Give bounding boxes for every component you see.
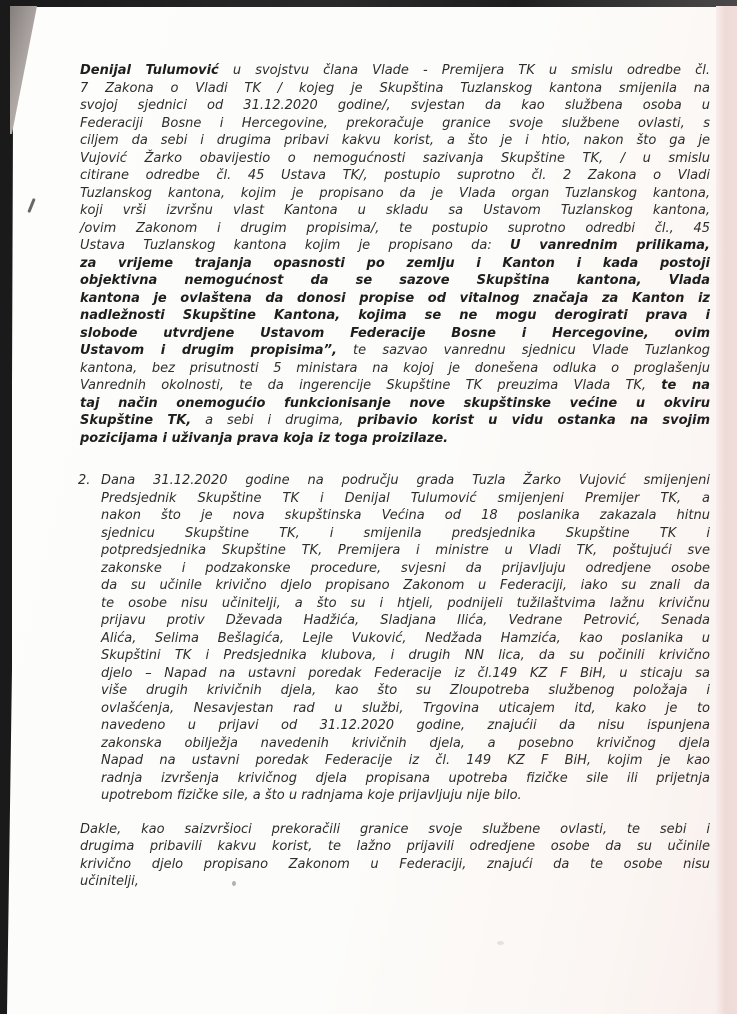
text-line: upotrebom fizičke sile, a što u radnjama…: [101, 787, 710, 805]
paragraph-1: Denijal Tulumović u svojstvu člana Vlade…: [80, 62, 710, 447]
text-line: da su učinile krivično djelo propisano Z…: [101, 577, 710, 595]
text-line: djelo – Napad na ustavni poredak Federac…: [101, 665, 710, 683]
text-line: Dakle, kao saizvršioci prekoračili grani…: [80, 821, 710, 839]
text-line: zakonske i podzakonske procedure, svjesn…: [101, 560, 710, 578]
text-line: Vujović Žarko obavijestio o nemogućnosti…: [80, 150, 710, 168]
text-line: krivično djelo propisano Zakonom u Feder…: [80, 856, 710, 874]
text-line: 7 Zakona o Vladi TK / kojeg je Skupština…: [80, 80, 710, 98]
text-line: citirane odredbe čl. 45 Ustava TK/, post…: [80, 167, 710, 185]
text-line: više drugih krivičnih djela, kao što su …: [101, 682, 710, 700]
text-line: koji vrši izvršnu vlast Kantona u skladu…: [80, 202, 710, 220]
text-line: nakon što je nova skupštinska Većina od …: [101, 507, 710, 525]
text-line: /ovim Zakonom i drugim propisima/, te po…: [80, 220, 710, 238]
text-line: pozicijama i uživanja prava koja iz toga…: [80, 430, 710, 448]
scan-left-edge-shadow: [0, 0, 16, 1014]
ink-smudge: [27, 198, 35, 213]
text-line: nadležnosti Skupštine Kantona, kojima se…: [80, 307, 710, 325]
text-line: kantona, bez prisutnosti 5 ministara na …: [80, 360, 710, 378]
scan-top-edge-shadow: [0, 0, 737, 7]
document-body: Denijal Tulumović u svojstvu člana Vlade…: [80, 62, 710, 891]
text-line: ciljem da sebi i drugima pribavi kakvu k…: [80, 132, 710, 150]
text-line: svojoj sjednici od 31.12.2020 godine/, s…: [80, 97, 710, 115]
text-line: Skupštini TK i Predsjednika klubova, i d…: [101, 647, 710, 665]
text-line: ovlašćenja, Nesavjestan rad u službi, Tr…: [101, 700, 710, 718]
text-line: navedeno u prijavi od 31.12.2020 godine,…: [101, 717, 710, 735]
paragraph-3: Dakle, kao saizvršioci prekoračili grani…: [80, 821, 710, 891]
text-line: prijavu protiv Dževada Hadžića, Sladjana…: [101, 612, 710, 630]
text-line: Vanrednih okolnosti, te da ingerencije S…: [80, 377, 710, 395]
scan-speck: [497, 941, 504, 945]
text-line: taj način onemogućio funkcionisanje nove…: [80, 395, 710, 413]
text-line: Federaciji Bosne i Hercegovine, prekorač…: [80, 115, 710, 133]
text-line: objektivna nemogućnost da se sazove Skup…: [80, 272, 710, 290]
text-line: Alića, Selima Bešlagića, Lejle Vuković, …: [101, 630, 710, 648]
paragraph-number: 2.: [78, 472, 90, 490]
text-line: za vrijeme trajanja opasnosti po zemlju …: [80, 255, 710, 273]
text-line: zakonska obilježja navedenih krivičnih d…: [101, 735, 710, 753]
text-line: slobode utvrdjene Ustavom Federacije Bos…: [80, 325, 710, 343]
text-line: učinitelji,: [80, 873, 710, 891]
text-line: Dana 31.12.2020 godine na području grada…: [101, 472, 710, 490]
scan-right-edge-tint: [716, 6, 737, 1014]
text-line: drugima pribavili kakvu korist, te lažno…: [80, 838, 710, 856]
text-line: radnja izvršenja krivičnog djela propisa…: [101, 770, 710, 788]
text-line: Denijal Tulumović u svojstvu člana Vlade…: [80, 62, 710, 80]
paragraph-2: 2.Dana 31.12.2020 godine na području gra…: [101, 472, 710, 805]
text-line: Predsjednik Skupštine TK i Denijal Tulum…: [101, 490, 710, 508]
text-line: Napad na ustavni poredak Federacije iz č…: [101, 752, 710, 770]
text-line: Skupštine TK, a sebi i drugima, pribavio…: [80, 412, 710, 430]
text-line: Ustava Tuzlanskog kantona kojim je propi…: [80, 237, 710, 255]
text-line: Tuzlanskog kantona, kojim je propisano d…: [80, 185, 710, 203]
text-line: potpredsjednika Skupštine TK, Premijera …: [101, 542, 710, 560]
text-line: te osobe nisu učinitelji, a što su i htj…: [101, 595, 710, 613]
text-line: kantona je ovlaštena da donosi propise o…: [80, 290, 710, 308]
scanned-page: Denijal Tulumović u svojstvu člana Vlade…: [0, 0, 737, 1014]
text-line: sjednicu Skupštine TK, i smijenila preds…: [101, 525, 710, 543]
scan-corner-shadow: [10, 6, 37, 134]
text-line: Ustavom i drugim propisima”, te sazvao v…: [80, 342, 710, 360]
